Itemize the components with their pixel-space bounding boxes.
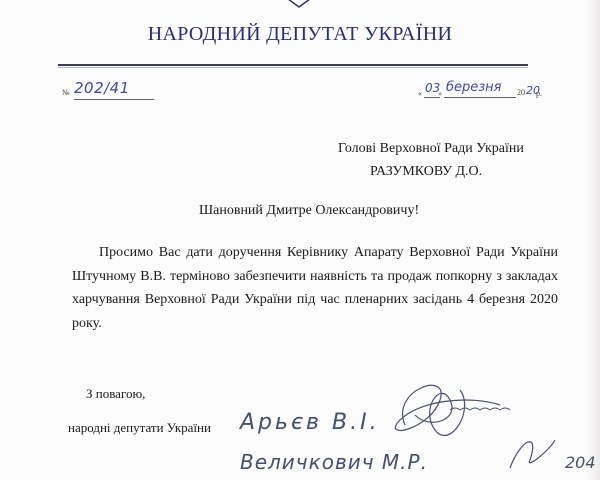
year-prefix: 20 (517, 88, 525, 97)
body-paragraph: Просимо Вас дати доручення Керівнику Апа… (72, 241, 558, 335)
number-handwritten: 202/41 (74, 79, 130, 97)
trident-emblem-icon (282, 0, 316, 8)
day-underline (424, 97, 440, 98)
number-underline (74, 99, 154, 100)
closing-signatories: народні депутати України (68, 420, 211, 436)
registration-number: № 202/41 (62, 79, 162, 101)
addressee-name: РАЗУМКОВУ Д.О. (370, 164, 600, 180)
addressee-title: Голові Верховної Ради України (338, 141, 600, 157)
header-divider-thin (58, 67, 528, 68)
signature-scrawl-icon: 204 (300, 370, 600, 480)
letter-body: Просимо Вас дати доручення Керівнику Апа… (72, 241, 558, 335)
number-label: № (62, 88, 70, 97)
letterhead-title: НАРОДНИЙ ДЕПУТАТ УКРАЇНИ (0, 23, 600, 46)
date-open-quote: « (418, 89, 422, 98)
date-month: березня (446, 80, 502, 95)
closing-regards: З повагою, (86, 386, 145, 402)
signature-2-number: 204 (565, 453, 596, 472)
document-page: НАРОДНИЙ ДЕПУТАТ УКРАЇНИ № 202/41 « 03 »… (0, 0, 600, 480)
document-date: « 03 » березня 20 20 р. (418, 79, 578, 101)
salutation: Шановний Дмитре Олександровичу! (199, 203, 419, 219)
header-divider (58, 64, 528, 66)
month-underline (444, 97, 516, 98)
year-suffix: р. (536, 89, 542, 98)
